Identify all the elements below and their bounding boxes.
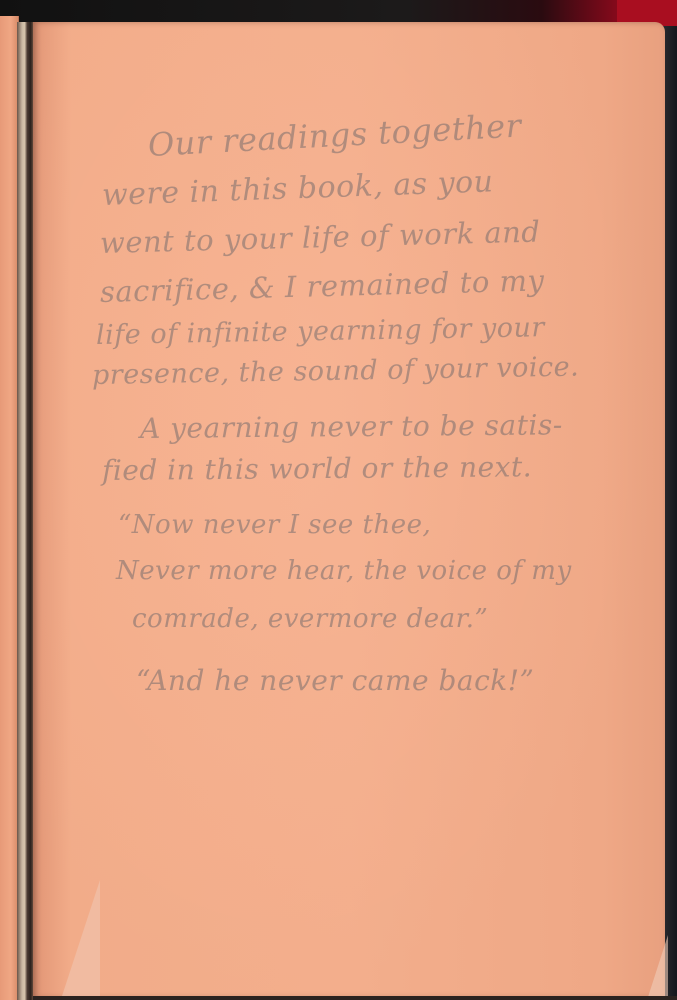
inscription-line: were in this book, as you bbox=[101, 164, 494, 213]
inscription-line: “And he never came back!” bbox=[136, 664, 534, 697]
inscription-line: “Now never I see thee, bbox=[118, 510, 431, 540]
inscription-line: Never more hear, the voice of my bbox=[116, 556, 572, 586]
book-photo: Our readings together were in this book,… bbox=[0, 0, 677, 1000]
inscription-line: presence, the sound of your voice. bbox=[92, 351, 580, 390]
inscription-line: life of infinite yearning for your bbox=[96, 312, 545, 351]
inscription-line: went to your life of work and bbox=[100, 214, 541, 260]
inscription-line: comrade, evermore dear.” bbox=[132, 604, 488, 634]
inscription-line: sacrifice, & I remained to my bbox=[100, 263, 545, 309]
inscription-line: A yearning never to be satis- bbox=[140, 408, 563, 445]
pencil-inscription: Our readings together were in this book,… bbox=[0, 0, 677, 1000]
inscription-line: fied in this world or the next. bbox=[102, 450, 532, 487]
inscription-line: Our readings together bbox=[147, 106, 522, 164]
